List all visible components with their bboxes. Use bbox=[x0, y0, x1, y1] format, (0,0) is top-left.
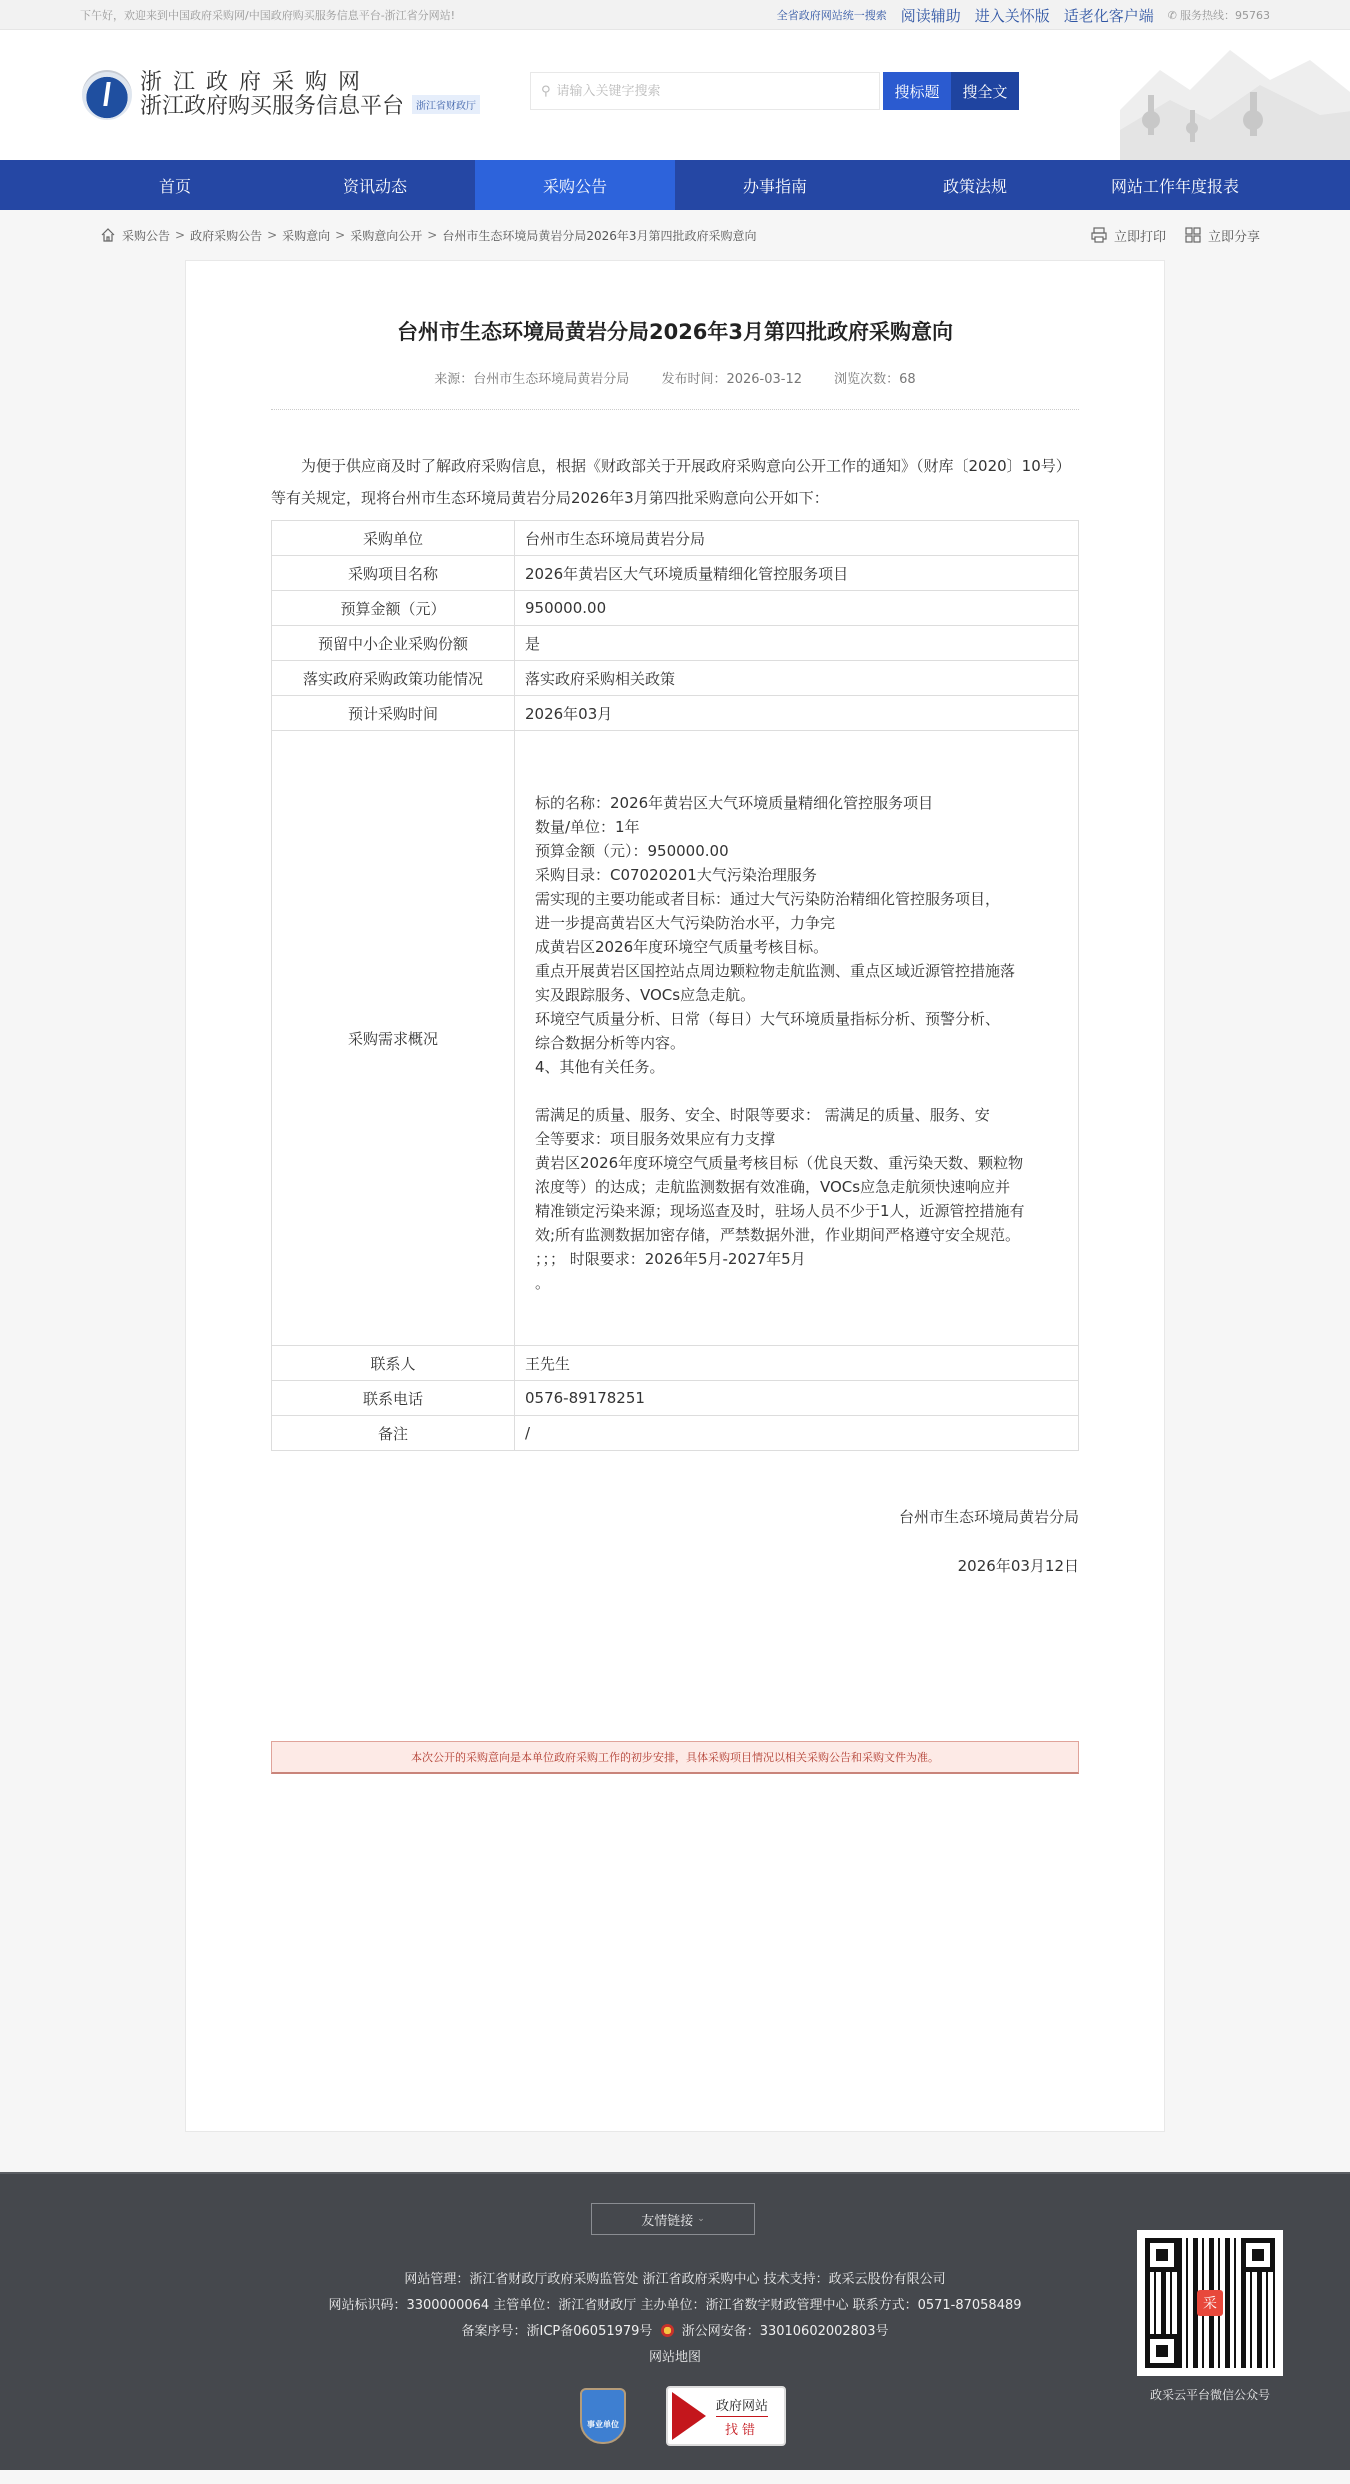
article-intro: 为便于供应商及时了解政府采购信息，根据《财政部关于开展政府采购意向公开工作的通知… bbox=[271, 450, 1079, 514]
row-value: 2026年03月 bbox=[515, 696, 1079, 731]
table-row: 预算金额（元）950000.00 bbox=[272, 591, 1079, 626]
reading-aid-link[interactable]: 阅读辅助 bbox=[901, 5, 961, 26]
row-label: 采购项目名称 bbox=[272, 556, 515, 591]
nav-guide[interactable]: 办事指南 bbox=[675, 160, 875, 210]
article-title: 台州市生态环境局黄岩分局2026年3月第四批政府采购意向 bbox=[271, 316, 1079, 346]
site-footer: 友情链接 ⌄ 网站管理：浙江省财政厅政府采购监管处 浙江省政府采购中心 技术支持… bbox=[0, 2172, 1350, 2470]
logo-subtitle: 浙江政府购买服务信息平台 bbox=[140, 95, 404, 119]
row-value: 台州市生态环境局黄岩分局 bbox=[515, 521, 1079, 556]
friend-links-dropdown[interactable]: 友情链接 ⌄ bbox=[591, 2203, 755, 2235]
elderly-client-link[interactable]: 适老化客户端 bbox=[1064, 5, 1154, 26]
table-row: 落实政府采购政策功能情况落实政府采购相关政策 bbox=[272, 661, 1079, 696]
nav-news[interactable]: 资讯动态 bbox=[275, 160, 475, 210]
magnifier-icon bbox=[672, 2392, 706, 2440]
signature-org: 台州市生态环境局黄岩分局 bbox=[271, 1506, 1079, 1527]
breadcrumb-item[interactable]: 采购意向公开 bbox=[350, 227, 422, 244]
row-value: 0576-89178251 bbox=[515, 1381, 1079, 1416]
disclaimer-notice: 本次公开的采购意向是本单位政府采购工作的初步安排，具体采购项目情况以相关采购公告… bbox=[271, 1741, 1079, 1774]
breadcrumb-item[interactable]: 政府采购公告 bbox=[190, 227, 262, 244]
row-value: 2026年黄岩区大气环境质量精细化管控服务项目 bbox=[515, 556, 1079, 591]
row-value: 是 bbox=[515, 626, 1079, 661]
breadcrumb-current: 台州市生态环境局黄岩分局2026年3月第四批政府采购意向 bbox=[442, 227, 756, 244]
article-publish-time: 发布时间：2026-03-12 bbox=[661, 372, 802, 387]
row-label: 采购需求概况 bbox=[272, 731, 515, 1346]
public-institution-badge[interactable]: 事业单位 bbox=[580, 2388, 626, 2444]
site-header: 浙江政府采购网 浙江政府购买服务信息平台 浙江省财政厅 ⚲ 搜标题 搜全文 bbox=[0, 30, 1350, 160]
police-badge-icon bbox=[661, 2324, 674, 2337]
icp-link[interactable]: 备案序号：浙ICP备06051979号 bbox=[462, 2324, 653, 2339]
table-row: 预计采购时间2026年03月 bbox=[272, 696, 1079, 731]
nav-home[interactable]: 首页 bbox=[75, 160, 275, 210]
breadcrumb-item[interactable]: 采购公告 bbox=[122, 227, 170, 244]
row-value: 标的名称：2026年黄岩区大气环境质量精细化管控服务项目 数量/单位：1年 预算… bbox=[515, 731, 1079, 1346]
qrcode-label: 政采云平台微信公众号 bbox=[1122, 2386, 1298, 2403]
home-icon[interactable] bbox=[100, 227, 116, 243]
table-row: 预留中小企业采购份额是 bbox=[272, 626, 1079, 661]
table-row: 采购项目名称2026年黄岩区大气环境质量精细化管控服务项目 bbox=[272, 556, 1079, 591]
breadcrumb-bar: 采购公告> 政府采购公告> 采购意向> 采购意向公开> 台州市生态环境局黄岩分局… bbox=[80, 210, 1270, 260]
logo-badge: 浙江省财政厅 bbox=[412, 95, 480, 114]
row-label: 联系人 bbox=[272, 1346, 515, 1381]
phone-icon: ✆ bbox=[1168, 9, 1177, 22]
row-value: 950000.00 bbox=[515, 591, 1079, 626]
table-row: 联系人王先生 bbox=[272, 1346, 1079, 1381]
nav-policy[interactable]: 政策法规 bbox=[875, 160, 1075, 210]
table-row: 采购单位台州市生态环境局黄岩分局 bbox=[272, 521, 1079, 556]
police-record-link[interactable]: 浙公网安备：33010602002803号 bbox=[682, 2324, 889, 2339]
share-button[interactable]: 立即分享 bbox=[1184, 226, 1260, 245]
search-bar: ⚲ 搜标题 搜全文 bbox=[530, 72, 1019, 110]
article-views: 浏览次数：68 bbox=[834, 372, 916, 387]
sitemap-link[interactable]: 网站地图 bbox=[649, 2350, 701, 2365]
search-icon: ⚲ bbox=[541, 84, 551, 99]
row-label: 采购单位 bbox=[272, 521, 515, 556]
row-value: 王先生 bbox=[515, 1346, 1079, 1381]
qrcode-icon bbox=[1184, 226, 1202, 244]
row-value: / bbox=[515, 1416, 1079, 1451]
wechat-qrcode: 采 bbox=[1137, 2230, 1283, 2376]
breadcrumb: 采购公告> 政府采购公告> 采购意向> 采购意向公开> 台州市生态环境局黄岩分局… bbox=[100, 227, 757, 244]
table-row: 备注/ bbox=[272, 1416, 1079, 1451]
site-logo[interactable]: 浙江政府采购网 浙江政府购买服务信息平台 浙江省财政厅 bbox=[82, 70, 480, 120]
table-row: 采购需求概况标的名称：2026年黄岩区大气环境质量精细化管控服务项目 数量/单位… bbox=[272, 731, 1079, 1346]
chevron-down-icon: ⌄ bbox=[697, 2214, 705, 2224]
article-source: 来源：台州市生态环境局黄岩分局 bbox=[434, 372, 629, 387]
emblem-icon bbox=[82, 70, 132, 120]
top-utility-bar: 下午好，欢迎来到中国政府采购网/中国政府购买服务信息平台-浙江省分网站! 全省政… bbox=[0, 0, 1350, 30]
procurement-info-table: 采购单位台州市生态环境局黄岩分局采购项目名称2026年黄岩区大气环境质量精细化管… bbox=[271, 520, 1079, 1451]
row-label: 预计采购时间 bbox=[272, 696, 515, 731]
row-label: 备注 bbox=[272, 1416, 515, 1451]
breadcrumb-item[interactable]: 采购意向 bbox=[282, 227, 330, 244]
printer-icon bbox=[1090, 226, 1108, 244]
gov-site-findbug-badge[interactable]: 政府网站 找错 bbox=[666, 2386, 786, 2446]
search-fulltext-button[interactable]: 搜全文 bbox=[951, 72, 1019, 110]
row-label: 预算金额（元） bbox=[272, 591, 515, 626]
zcy-logo-icon: 采 bbox=[1197, 2290, 1223, 2316]
logo-title: 浙江政府采购网 bbox=[140, 71, 404, 95]
divider bbox=[271, 409, 1079, 410]
welcome-text: 下午好，欢迎来到中国政府采购网/中国政府购买服务信息平台-浙江省分网站! bbox=[80, 7, 455, 23]
unified-search-link[interactable]: 全省政府网站统一搜索 bbox=[777, 7, 887, 23]
signature-date: 2026年03月12日 bbox=[271, 1555, 1079, 1576]
article-card: 台州市生态环境局黄岩分局2026年3月第四批政府采购意向 来源：台州市生态环境局… bbox=[185, 260, 1165, 2132]
nav-annual-report[interactable]: 网站工作年度报表 bbox=[1075, 160, 1275, 210]
row-label: 落实政府采购政策功能情况 bbox=[272, 661, 515, 696]
article-meta: 来源：台州市生态环境局黄岩分局 发布时间：2026-03-12 浏览次数：68 bbox=[271, 368, 1079, 387]
mountain-pagoda-decoration bbox=[1120, 40, 1350, 160]
search-title-button[interactable]: 搜标题 bbox=[883, 72, 951, 110]
table-row: 联系电话0576-89178251 bbox=[272, 1381, 1079, 1416]
row-label: 联系电话 bbox=[272, 1381, 515, 1416]
search-input[interactable] bbox=[557, 84, 857, 99]
row-label: 预留中小企业采购份额 bbox=[272, 626, 515, 661]
nav-procurement-notice[interactable]: 采购公告 bbox=[475, 160, 675, 210]
row-value: 落实政府采购相关政策 bbox=[515, 661, 1079, 696]
care-version-link[interactable]: 进入关怀版 bbox=[975, 5, 1050, 26]
hotline: ✆ 服务热线：95763 bbox=[1168, 7, 1270, 23]
print-button[interactable]: 立即打印 bbox=[1090, 226, 1166, 245]
main-nav: 首页 资讯动态 采购公告 办事指南 政策法规 网站工作年度报表 bbox=[0, 160, 1350, 210]
